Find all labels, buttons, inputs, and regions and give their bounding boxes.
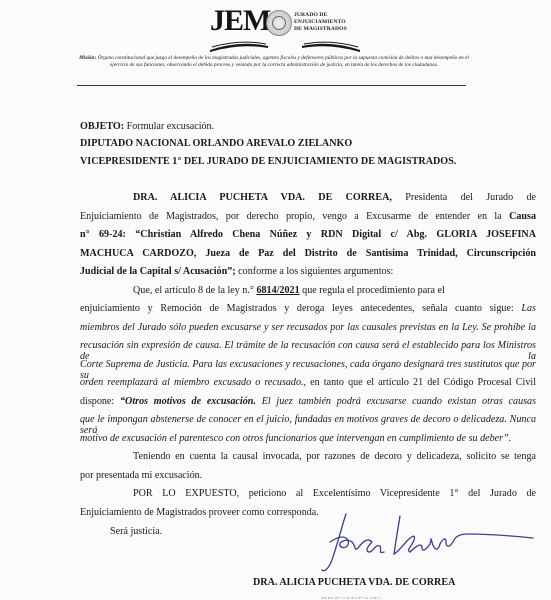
- paragraph-3-line-1: Teniendo en cuenta la causal invocada, p…: [80, 451, 536, 462]
- paragraph-1-line-4: MACHUCA CARDOZO, Jueza de Paz del Distri…: [80, 248, 536, 259]
- addressee-title: VICEPRESIDENTE 1° DEL JURADO DE ENJUICIA…: [80, 156, 456, 167]
- mission-text: Órgano constitucional que juzga el desem…: [98, 55, 469, 68]
- paragraph-3-line-2: por presentada mi excusación.: [80, 470, 202, 481]
- mission-statement: Misión: Órgano constitucional que juzga …: [74, 55, 474, 69]
- paragraph-4-line-1: POR LO EXPUESTO, peticiono al Excelentís…: [80, 488, 536, 499]
- document-page: JEM JURADO DE ENJUICIAMIENTO DE MAGISTRA…: [0, 0, 551, 600]
- objeto-line: OBJETO: Formular excusación.: [80, 121, 214, 132]
- handwritten-signature: [318, 512, 538, 572]
- signatory-name: DRA. ALICIA PUCHETA VDA. DE CORREA: [253, 577, 455, 588]
- closing-phrase: Será justicia.: [110, 526, 162, 537]
- logo-wordmark: JEM: [210, 6, 270, 36]
- header-divider: [77, 85, 466, 86]
- paragraph-2-line-3: miembros del Jurado sólo pueden excusars…: [80, 322, 536, 333]
- jem-logo: JEM JURADO DE ENJUICIAMIENTO DE MAGISTRA…: [210, 6, 360, 46]
- mission-label: Misión:: [79, 55, 96, 61]
- paragraph-1-line-5: Judicial de la Capital s/ Acusación”; co…: [80, 266, 393, 277]
- paragraph-2-line-7: dispone: “Otros motivos de excusación. E…: [80, 396, 536, 407]
- logo-subtitle: JURADO DE ENJUICIAMIENTO DE MAGISTRADOS: [294, 12, 347, 33]
- law-reference-link: 6814/2021: [256, 285, 299, 296]
- paragraph-2-line-2: enjuiciamiento y Remoción de Magistrados…: [80, 303, 536, 314]
- paragraph-4-line-2: Enjuiciamiento de Magistrados proveer co…: [80, 507, 319, 518]
- logo-waves-icon: [210, 40, 360, 52]
- scales-seal-icon: [266, 10, 292, 36]
- paragraph-2-line-6: orden reemplazará al miembro excusado o …: [80, 377, 536, 388]
- signatory-title: PRESIDENTA: [321, 593, 381, 599]
- paragraph-2-line-9: motivo de excusación el parentesco con o…: [80, 433, 511, 444]
- paragraph-1-line-1: DRA. ALICIA PUCHETA VDA. DE CORREA, Pres…: [80, 192, 536, 203]
- addressee-name: DIPUTADO NACIONAL ORLANDO AREVALO ZIELAN…: [80, 138, 352, 149]
- paragraph-2-line-1: Que, el artículo 8 de la ley n.° 6814/20…: [133, 285, 445, 296]
- paragraph-1-line-3: n° 69-24: “Christian Alfredo Chena Núñez…: [80, 229, 536, 240]
- paragraph-1-line-2: Enjuiciamiento de Magistrados, por derec…: [80, 211, 536, 222]
